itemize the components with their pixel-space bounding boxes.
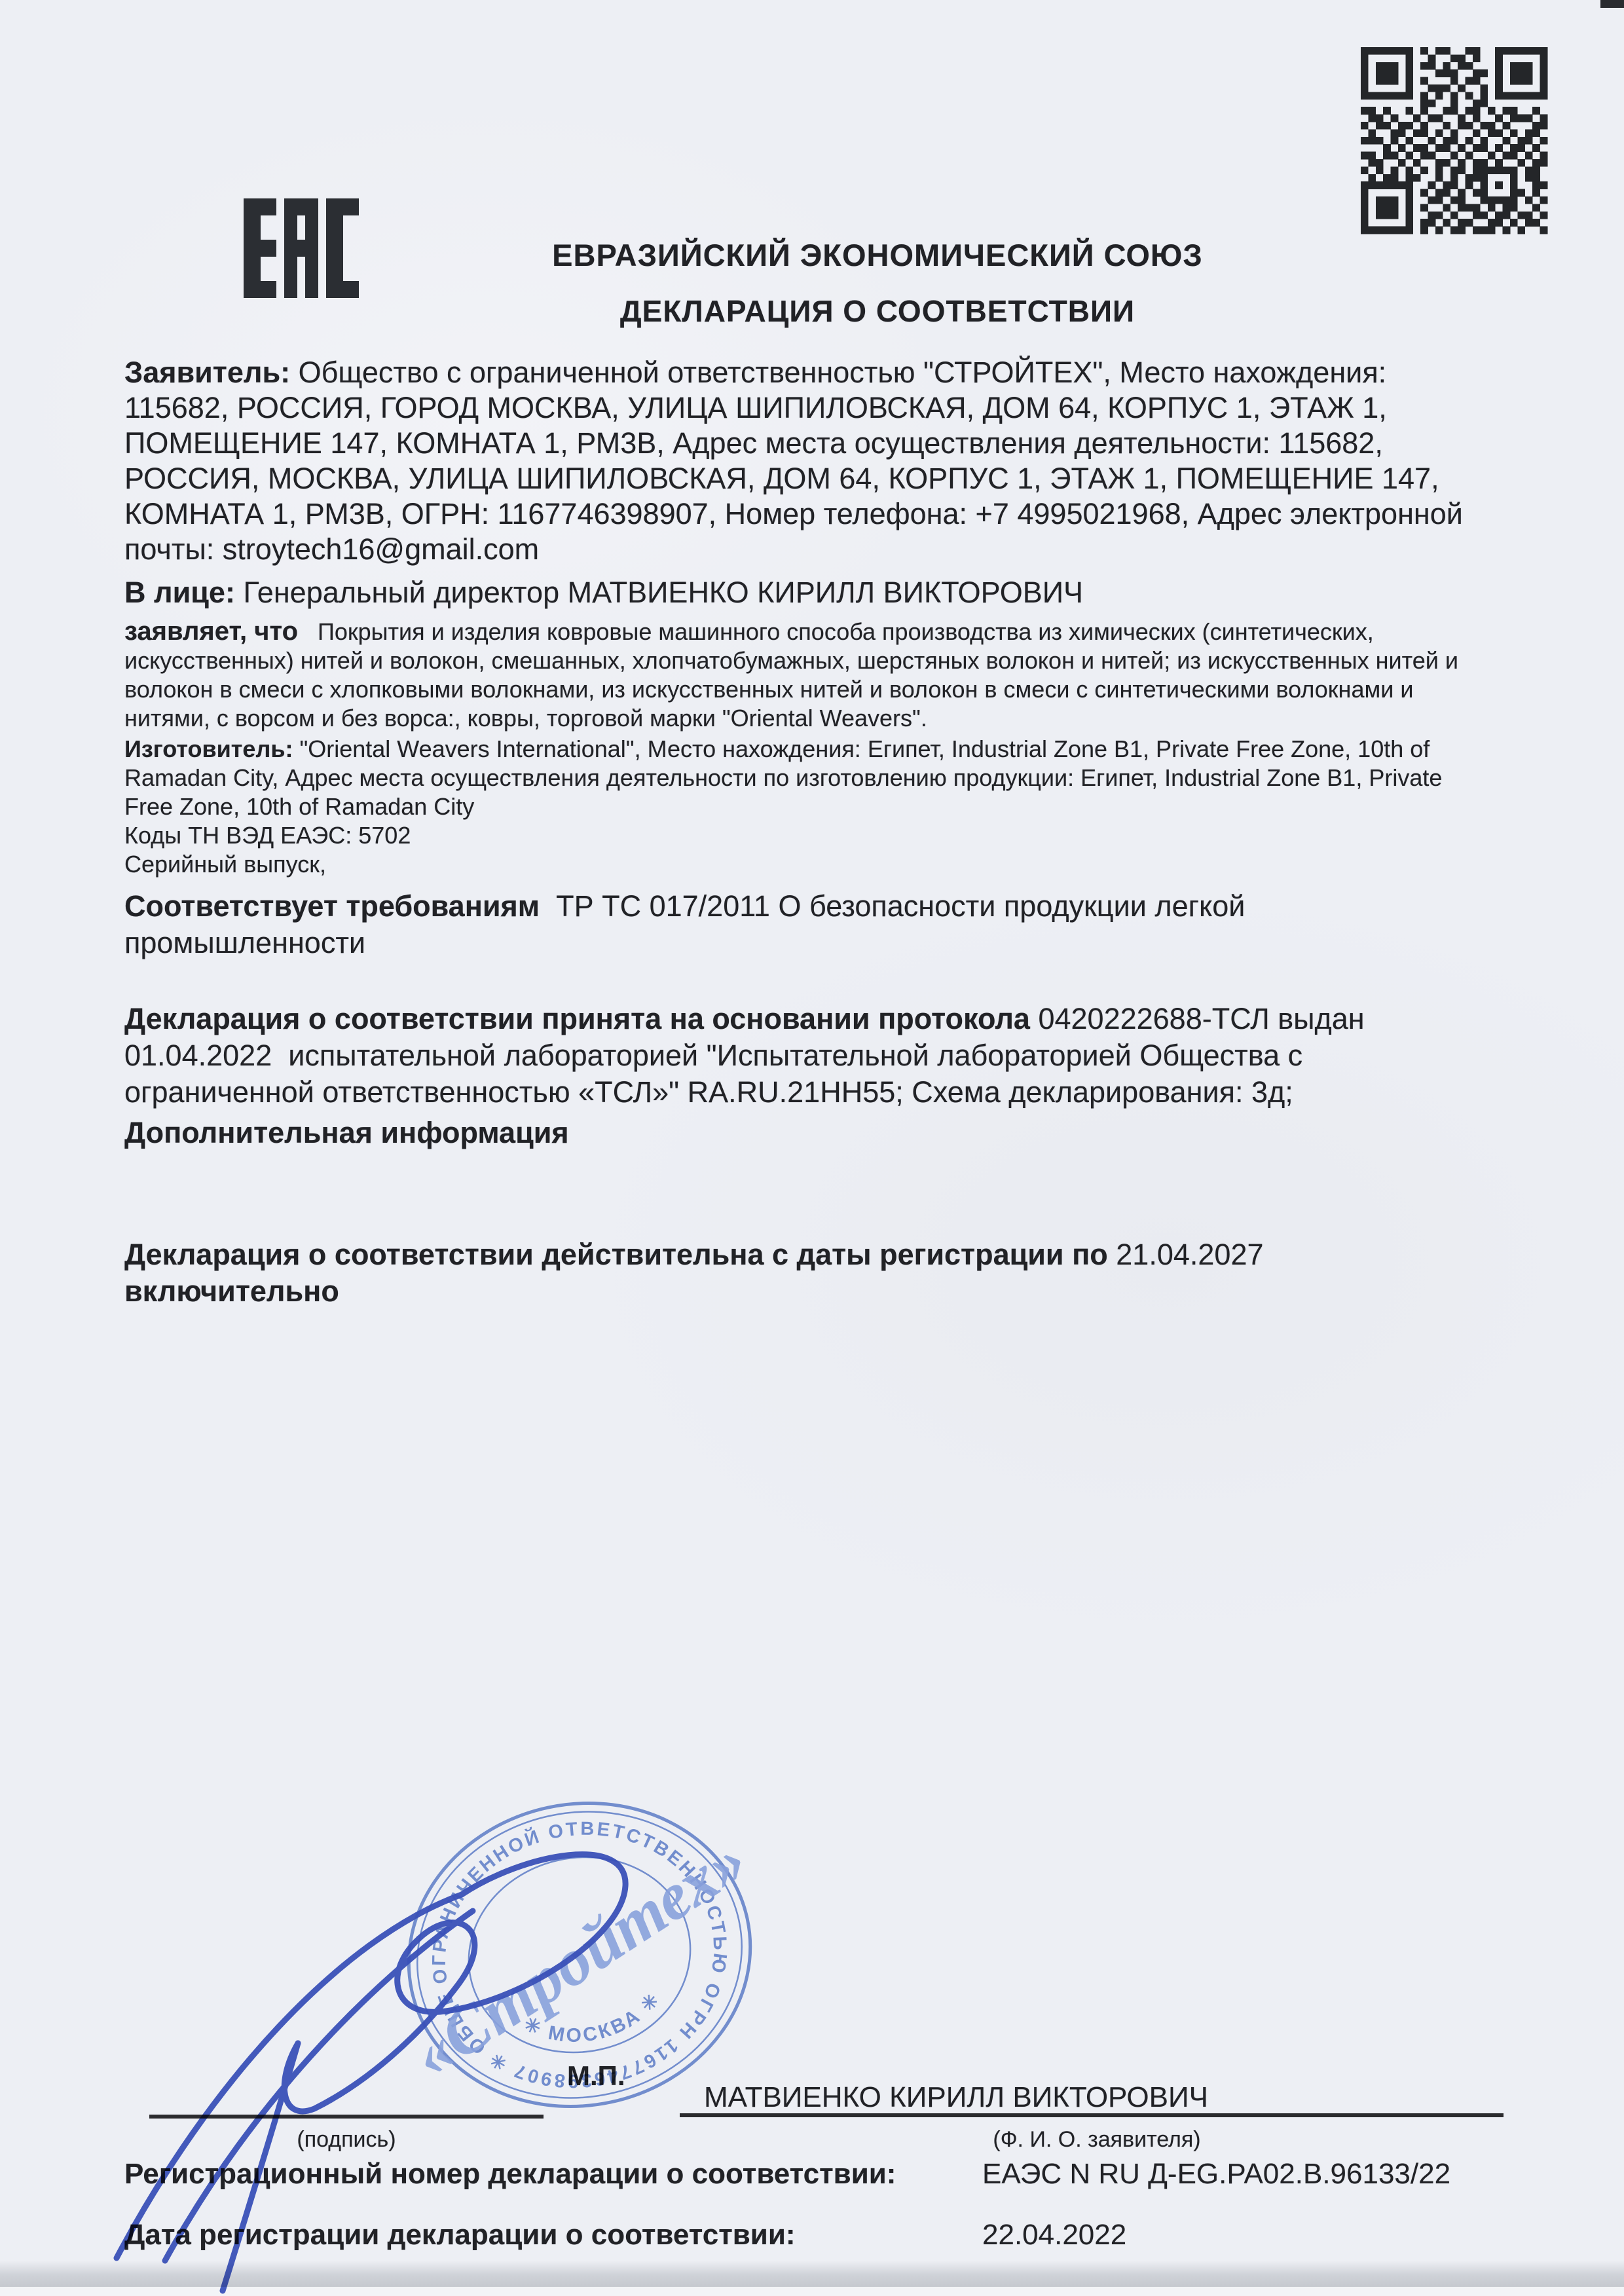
stamp-city-text: ✳ МОСКВА ✳ [517,1985,671,2060]
scan-bottom-shadow [0,2261,1624,2287]
declares-paragraph: заявляет, что Покрытия и изделия ковровы… [124,617,1526,733]
signature-line [149,2115,544,2119]
signature-caption: (подпись) [149,2127,544,2153]
text-line: РОССИЯ, МОСКВА, УЛИЦА ШИПИЛОВСКАЯ, ДОМ 6… [124,461,1519,496]
text-line: Декларация о соответствии принята на осн… [124,1001,1519,1037]
stamp-company-name: «Стройтех» [399,1823,760,2092]
text-line: заявляет, что Покрытия и изделия ковровы… [124,617,1526,646]
text-line: Изготовитель: "Oriental Weavers Internat… [124,735,1526,764]
text-line: искусственных) нитей и волокон, смешанны… [124,646,1526,675]
additional-info-title: Дополнительная информация [124,1116,569,1150]
union-title: ЕВРАЗИЙСКИЙ ЭКОНОМИЧЕСКИЙ СОЮЗ [367,237,1388,273]
registration-number-value: ЕАЭС N RU Д-EG.PA02.B.96133/22 [982,2158,1450,2191]
conformity-requirements: Соответствует требованиям ТР ТС 017/2011… [124,888,1519,961]
text-line: Соответствует требованиям ТР ТС 017/2011… [124,888,1519,925]
text-line: Декларация о соответствии действительна … [124,1236,1519,1273]
text-line: включительно [124,1273,1519,1310]
scan-corner-artifact [1600,0,1624,8]
text-line: 115682, РОССИЯ, ГОРОД МОСКВА, УЛИЦА ШИПИ… [124,390,1519,426]
registration-number-label: Регистрационный номер декларации о соотв… [124,2158,896,2191]
stamp-place-label: М.П. [567,2060,625,2092]
registration-date-label: Дата регистрации декларации о соответств… [124,2219,796,2251]
scan-bottom-edge [0,2287,1624,2296]
company-stamp: ОГРАНИЧЕННОЙ ОТВЕТСТВЕННОСТЬЮ ОГРН 11677… [0,0,798,2225]
fio-caption: (Ф. И. О. заявителя) [900,2127,1293,2153]
applicant-fio: МАТВИЕНКО КИРИЛЛ ВИКТОРОВИЧ [704,2081,1208,2114]
manufacturer-paragraph: Изготовитель: "Oriental Weavers Internat… [124,735,1526,879]
eac-logo [244,198,359,298]
validity-paragraph: Декларация о соответствии действительна … [124,1236,1519,1310]
document-title: ДЕКЛАРАЦИЯ О СООТВЕТСТВИИ [367,293,1388,329]
qr-code [1361,47,1547,234]
declaration-document-page: ЕВРАЗИЙСКИЙ ЭКОНОМИЧЕСКИЙ СОЮЗ ДЕКЛАРАЦИ… [0,0,1624,2296]
text-line: В лице: Генеральный директор МАТВИЕНКО К… [124,575,1519,610]
text-line: Заявитель: Общество с ограниченной ответ… [124,355,1519,390]
text-line: Коды ТН ВЭД ЕАЭС: 5702 [124,821,1526,850]
fio-line [680,2113,1504,2117]
text-line: промышленности [124,925,1519,961]
text-line: ПОМЕЩЕНИЕ 147, КОМНАТА 1, РМ3В, Адрес ме… [124,426,1519,461]
text-line: волокон в смеси с хлопковыми волокнами, … [124,675,1526,704]
registration-date-value: 22.04.2022 [982,2219,1126,2251]
text-line: почты: stroytech16@gmail.com [124,532,1519,567]
svg-text:✳ МОСКВА ✳: ✳ МОСКВА ✳ [517,1985,671,2060]
text-line: Ramadan City, Адрес места осуществления … [124,764,1526,792]
text-line: нитями, с ворсом и без ворса:, ковры, то… [124,704,1526,733]
applicant-paragraph: Заявитель: Общество с ограниченной ответ… [124,355,1519,567]
text-line: Серийный выпуск, [124,850,1526,879]
text-line: ограниченной ответственностью «ТСЛ»" RA.… [124,1074,1519,1111]
text-line: Free Zone, 10th of Ramadan City [124,792,1526,821]
basis-paragraph: Декларация о соответствии принята на осн… [124,1001,1519,1111]
text-line: КОМНАТА 1, РМ3В, ОГРН: 1167746398907, Но… [124,496,1519,532]
in-person-line: В лице: Генеральный директор МАТВИЕНКО К… [124,575,1519,610]
text-line: 01.04.2022 испытательной лабораторией "И… [124,1037,1519,1074]
